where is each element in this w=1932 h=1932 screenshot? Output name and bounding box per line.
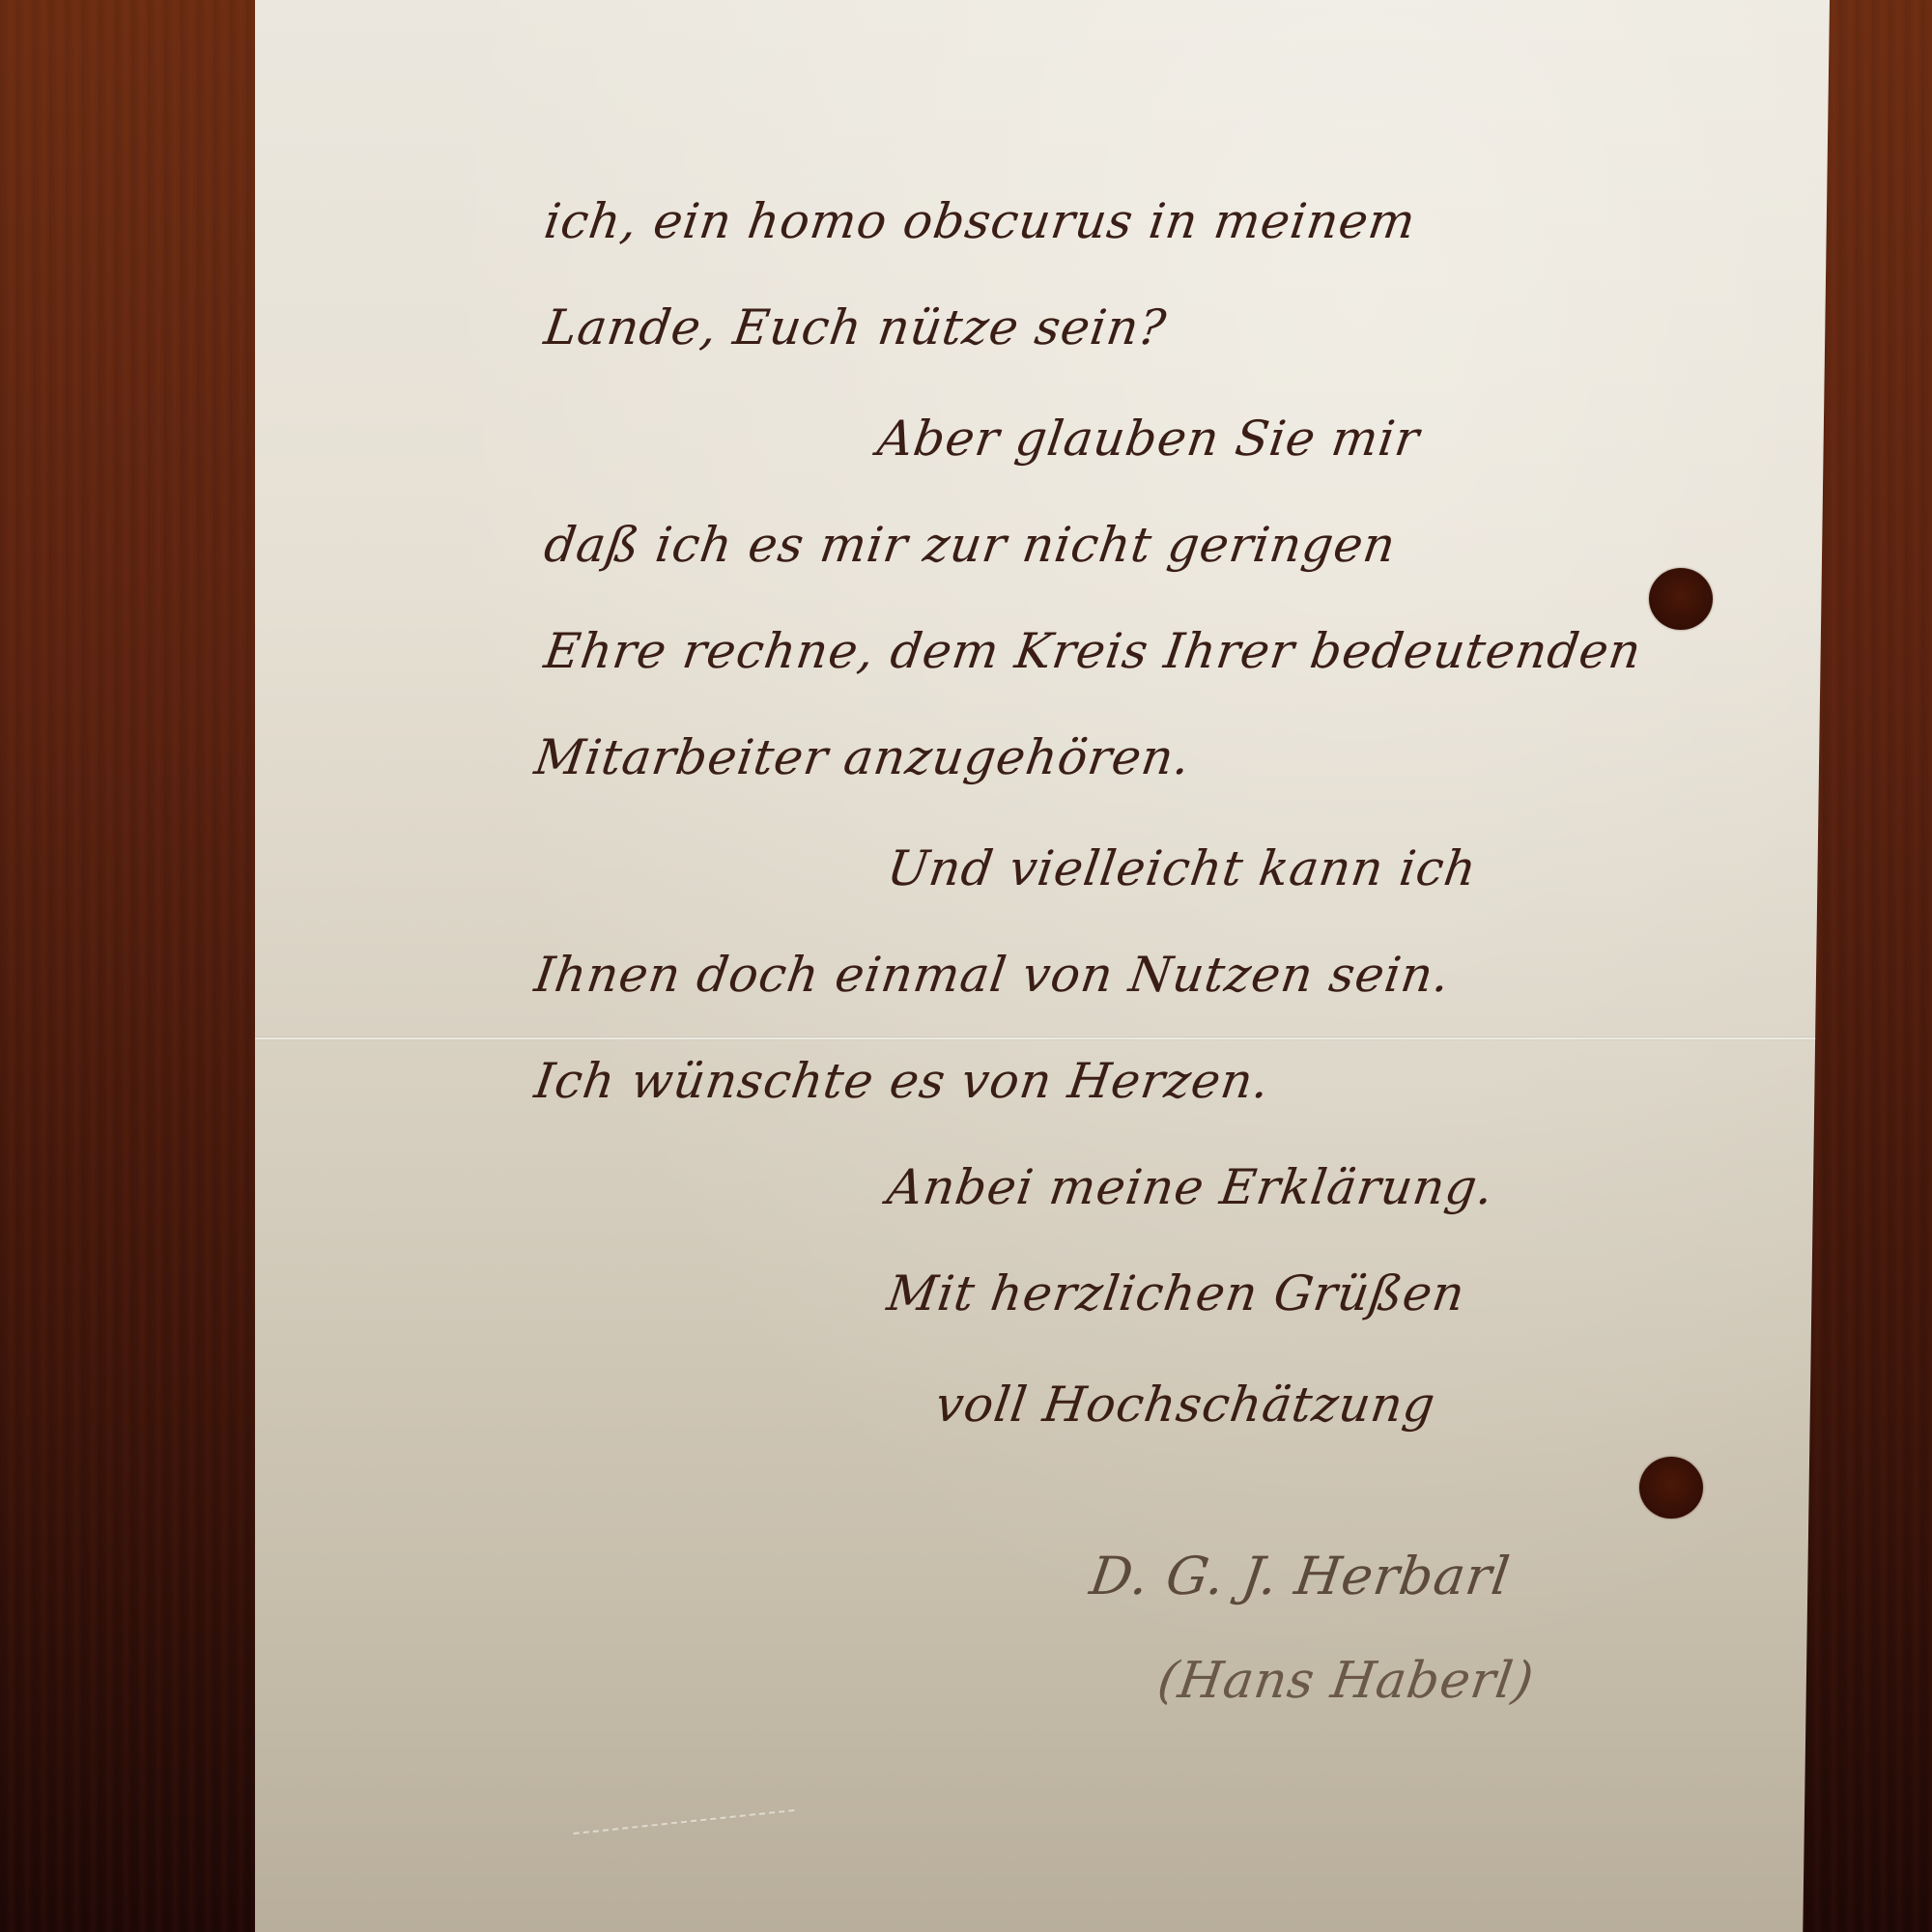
punch-hole-top <box>1649 568 1713 630</box>
letter-line: Und vielleicht kann ich <box>884 840 1481 896</box>
paper-crease <box>573 1809 796 1854</box>
signature-name: (Hans Haberl) <box>1154 1652 1538 1710</box>
letter-line: Aber glauben Sie mir <box>874 411 1423 467</box>
closing-greeting: Mit herzlichen Grüßen <box>884 1265 1468 1321</box>
letter-line: Ehre rechne, dem Kreis Ihrer bedeutenden <box>541 623 1645 679</box>
letter-page: ich, ein homo obscurus in meinem Lande, … <box>255 0 1830 1932</box>
fold-line <box>255 1037 1830 1040</box>
punch-hole-bottom <box>1639 1457 1703 1519</box>
letter-line: ich, ein homo obscurus in meinem <box>541 193 1419 249</box>
letter-line: Ich wünschte es von Herzen. <box>531 1053 1273 1109</box>
letter-line: Lande, Euch nütze sein? <box>541 299 1170 355</box>
letter-line: Anbei meine Erklärung. <box>884 1159 1497 1215</box>
letter-line: daß ich es mir zur nicht geringen <box>541 517 1400 573</box>
signature: D. G. J. Herbarl <box>1087 1546 1515 1606</box>
letter-line: Mitarbeiter anzugehören. <box>531 729 1194 785</box>
letter-line: Ihnen doch einmal von Nutzen sein. <box>531 947 1454 1003</box>
closing-regards: voll Hochschätzung <box>932 1377 1439 1433</box>
